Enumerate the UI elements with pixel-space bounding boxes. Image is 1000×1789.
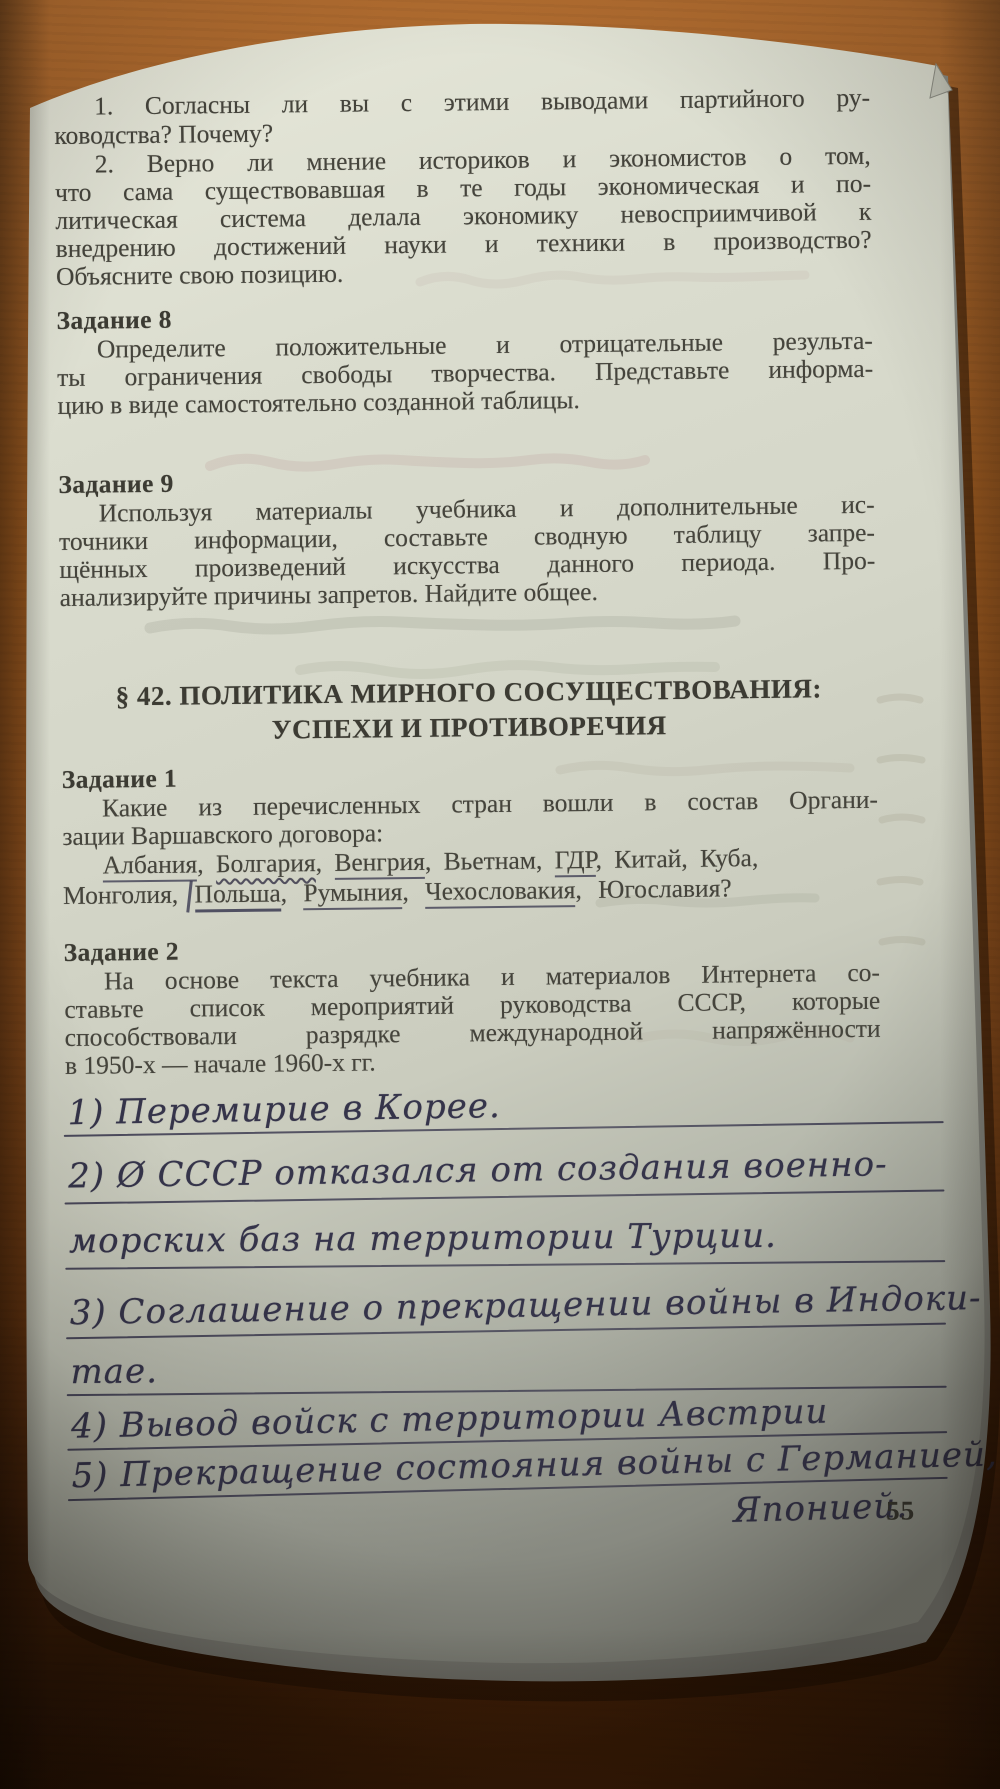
country-plain: Югославия? — [598, 873, 732, 904]
country-underlined: Чехословакия — [425, 875, 576, 909]
country-underlined: Венгрия — [334, 847, 425, 880]
page-number: 55 — [886, 1495, 915, 1526]
country-underlined: ГДР — [554, 845, 595, 877]
page-content: 1.Согласныливысэтимивыводамипартийногору… — [0, 0, 1000, 1789]
country-underlined: Болгария — [216, 848, 316, 878]
section-heading-line-1: § 42. ПОЛИТИКА МИРНОГО СОСУЩЕСТВОВАНИЯ: — [61, 672, 877, 713]
country-plain: Куба — [700, 843, 752, 873]
handwritten-answer: тае. — [70, 1344, 950, 1392]
country-underlined: Польша — [194, 878, 281, 912]
handwritten-answer: 2) Ø СССР отказался от создания военно- — [68, 1143, 948, 1196]
handwritten-answer: Японией. — [733, 1486, 909, 1531]
handwritten-answer: морских баз на территории Турции. — [69, 1214, 949, 1261]
answer-rule-line — [65, 1260, 945, 1270]
section-heading-line-2: УСПЕХИ И ПРОТИВОРЕЧИЯ — [61, 707, 877, 748]
country-plain: Китай — [614, 844, 681, 874]
country-plain: Монголия — [63, 880, 172, 910]
country-underlined: Албания — [103, 849, 198, 882]
country-underlined: Румыния — [303, 877, 402, 910]
photo-of-workbook-page: 1.Согласныливысэтимивыводамипартийногору… — [0, 0, 1000, 1789]
country-plain: Вьетнам — [443, 846, 536, 876]
